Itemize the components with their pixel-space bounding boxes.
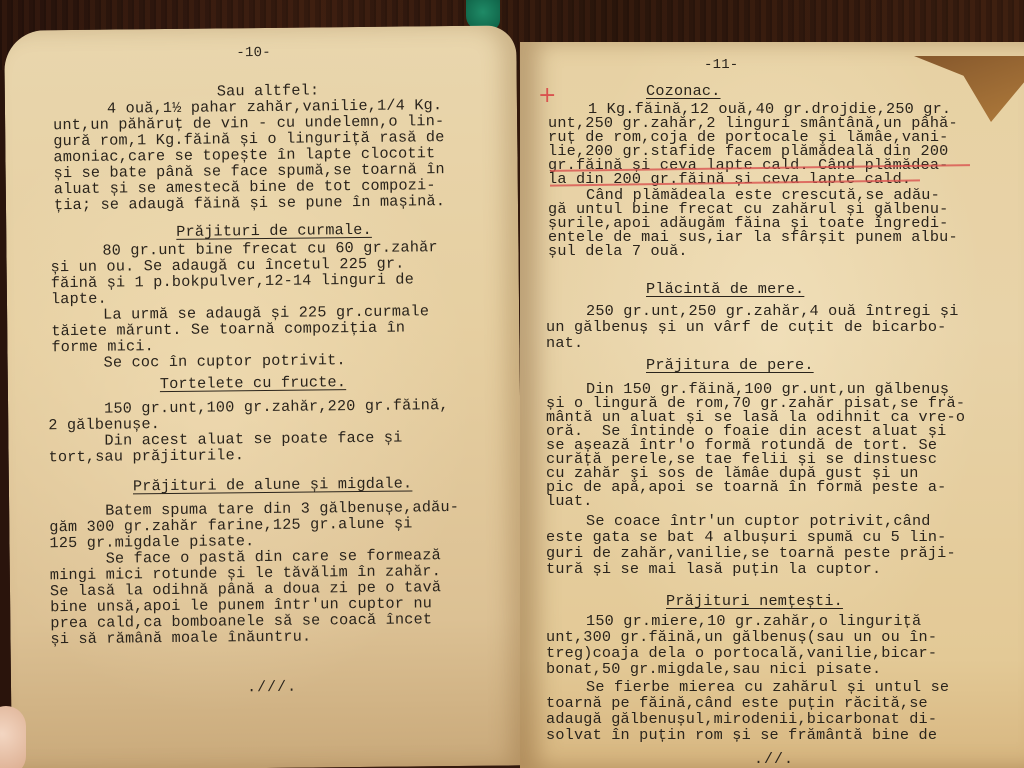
text-line: Se coace într'un cuptor potrivit,când [586,514,931,529]
text-line: luat. [546,494,593,509]
section-title: Prăjituri de alune și migdale. [133,476,413,494]
text-line: Din acest aluat se poate face și [104,431,402,449]
page-end-mark: .///. [247,680,297,696]
text-line: șul dela 7 ouă. [548,244,688,259]
text-line: Se fierbe mierea cu zahărul și untul se [586,680,949,695]
left-page: -10- Sau altfel: 4 ouă,1½ pahar zahăr,va… [4,25,524,768]
text-line: nat. [546,336,583,351]
text-line: solvat în puțin rom și se frământă bine … [546,728,937,743]
text-line: ția; se adaugă făină și se pune în mașin… [54,194,445,213]
section-title: Prăjituri de curmale. [176,223,372,240]
section-title: Tortelete cu fructe. [160,375,346,392]
text-line: unt,300 gr.făină,un gălbenuș(sau un ou î… [546,630,937,645]
section-title: Plăcintă de mere. [646,282,804,297]
text-line: toarnă pe făină,când este puțin răcită,s… [546,696,928,711]
text-line: pic de apă,apoi se toarnă în formă peste… [546,480,947,495]
page-number: -11- [704,58,738,73]
text-line: treg)coaja dela o portocală,vanilie,bica… [546,646,937,661]
text-line: lapte. [51,292,107,308]
text-line: guri de zahăr,vanilie,se toarnă peste pr… [546,546,956,561]
text-line: Se coc în cuptor potrivit. [104,353,346,371]
page-number: -10- [236,46,271,62]
section-title: Prăjituri nemțești. [666,594,843,609]
text-line: un gălbenuș și un vârf de cuțit de bicar… [546,320,947,335]
text-line: făină și 1 p.bokpulver,12-14 linguri de [51,272,414,291]
text-line: tură și se mai lasă puțin la cuptor. [546,562,881,577]
red-pencil-mark: + [538,88,557,103]
text-line: 150 gr.unt,100 gr.zahăr,220 gr.făină, [104,398,449,417]
right-page: -11- + Cozonac. 1 Kg.făină,12 ouă,40 gr.… [520,42,1024,768]
text-line: 250 gr.unt,250 gr.zahăr,4 ouă întregi și [586,304,959,319]
text-line: tort,sau prăjiturile. [49,448,245,465]
text-line: bonat,50 gr.migdale,sau nici pisate. [546,662,881,677]
page-end-mark: .//. [754,752,794,767]
section-title: Cozonac. [646,84,721,99]
text-line: 150 gr.miere,10 gr.zahăr,o linguriță [586,614,921,629]
section-title: Prăjitura de pere. [646,358,814,373]
text-line: tăiete mărunt. Se toarnă compoziția în [51,321,405,340]
thumb-holding-page [0,706,26,768]
text-line: este gata se bat 4 albușuri spumă cu 5 l… [546,530,947,545]
text-line: adaugă gălbenușul,mirodenii,bicarbonat d… [546,712,937,727]
text-line: și să rămână moale înăuntru. [50,630,311,648]
